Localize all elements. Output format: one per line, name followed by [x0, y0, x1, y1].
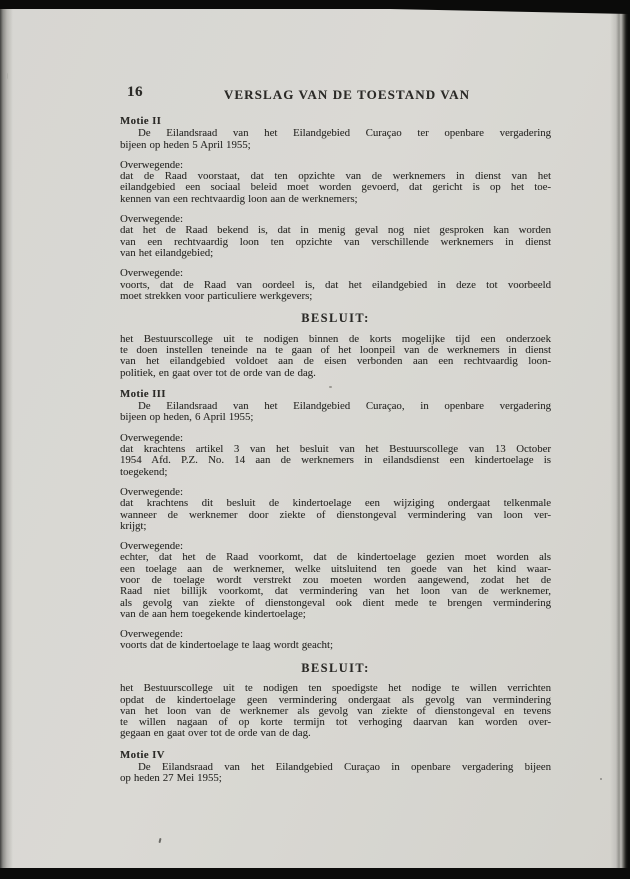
paragraph: Overwegende:voorts dat de kindertoelage … [120, 629, 551, 652]
paragraph: Overwegende:dat krachtens artikel 3 van … [120, 433, 551, 478]
page-edge-left [0, 0, 13, 879]
text-line: het Bestuurscollege uit te nodigen ten s… [120, 683, 551, 694]
paragraph: De Eilandsraad van het Eilandgebied Cura… [120, 128, 551, 151]
motie-heading: Motie III [120, 389, 551, 400]
text-line: gegaan en gaat over tot de orde van de d… [120, 728, 551, 739]
text-line: dat krachtens dit besluit de kindertoela… [120, 498, 551, 509]
motie-heading: Motie IV [120, 750, 551, 761]
paragraph: Overwegende:voorts, dat de Raad van oord… [120, 268, 551, 302]
paragraph: De Eilandsraad van het Eilandgebied Cura… [120, 401, 551, 424]
text-line: van de aan hem toegekende kindertoelage; [120, 609, 551, 620]
paragraph: Overwegende:echter, dat het de Raad voor… [120, 541, 551, 620]
paragraph: Overwegende:dat het de Raad bekend is, d… [120, 214, 551, 259]
text-line: echter, dat het de Raad voorkomt, dat de… [120, 552, 551, 563]
besluit-heading: BESLUIT: [120, 312, 551, 325]
text-line: 1954 Afd. P.Z. No. 14 aan de werknemers … [120, 455, 551, 466]
paragraph-label: Overwegende: [120, 268, 551, 279]
besluit-heading: BESLUIT: [120, 662, 551, 675]
text-line: dat het de Raad bekend is, dat in menig … [120, 225, 551, 236]
scan-speck [329, 386, 332, 388]
text-line: toegekend; [120, 467, 551, 478]
text-line: bijeen op heden 5 April 1955; [120, 140, 551, 151]
text-line: moet strekken voor particuliere werkgeve… [120, 291, 551, 302]
text-line: van het eilandgebied; [120, 248, 551, 259]
scan-border-bottom [0, 868, 630, 879]
text-line: wanneer de werknemer door ziekte of dien… [120, 510, 551, 521]
text-column: Motie IIDe Eilandsraad van het Eilandgeb… [120, 116, 551, 785]
text-line: kennen van een rechtvaardig loon aan de … [120, 194, 551, 205]
scan-speck [600, 778, 602, 780]
motie-heading: Motie II [120, 116, 551, 127]
text-line: politiek, en gaat over tot de orde van d… [120, 368, 551, 379]
paragraph: Overwegende:dat de Raad voorstaat, dat t… [120, 160, 551, 205]
text-line: van het eilandgebied voldoet aan de eise… [120, 356, 551, 367]
paragraph: het Bestuurscollege uit te nodigen binne… [120, 334, 551, 379]
text-line: De Eilandsraad van het Eilandgebied Cura… [120, 128, 551, 139]
text-line: op heden 27 Mei 1955; [120, 773, 551, 784]
page-edge-right [610, 0, 630, 879]
text-line: voorts dat de kindertoelage te laag word… [120, 640, 551, 651]
text-line: bijeen op heden, 6 April 1955; [120, 412, 551, 423]
text-line: krijgt; [120, 521, 551, 532]
paragraph: Overwegende:dat krachtens dit besluit de… [120, 487, 551, 532]
scanned-page: 16 VERSLAG VAN DE TOESTAND VAN Motie IID… [0, 0, 630, 879]
paragraph: De Eilandsraad van het Eilandgebied Cura… [120, 762, 551, 785]
running-header: VERSLAG VAN DE TOESTAND VAN [131, 87, 563, 103]
text-line: Raad niet billijk voorkomt, dat verminde… [120, 586, 551, 597]
paragraph: het Bestuurscollege uit te nodigen ten s… [120, 683, 551, 739]
